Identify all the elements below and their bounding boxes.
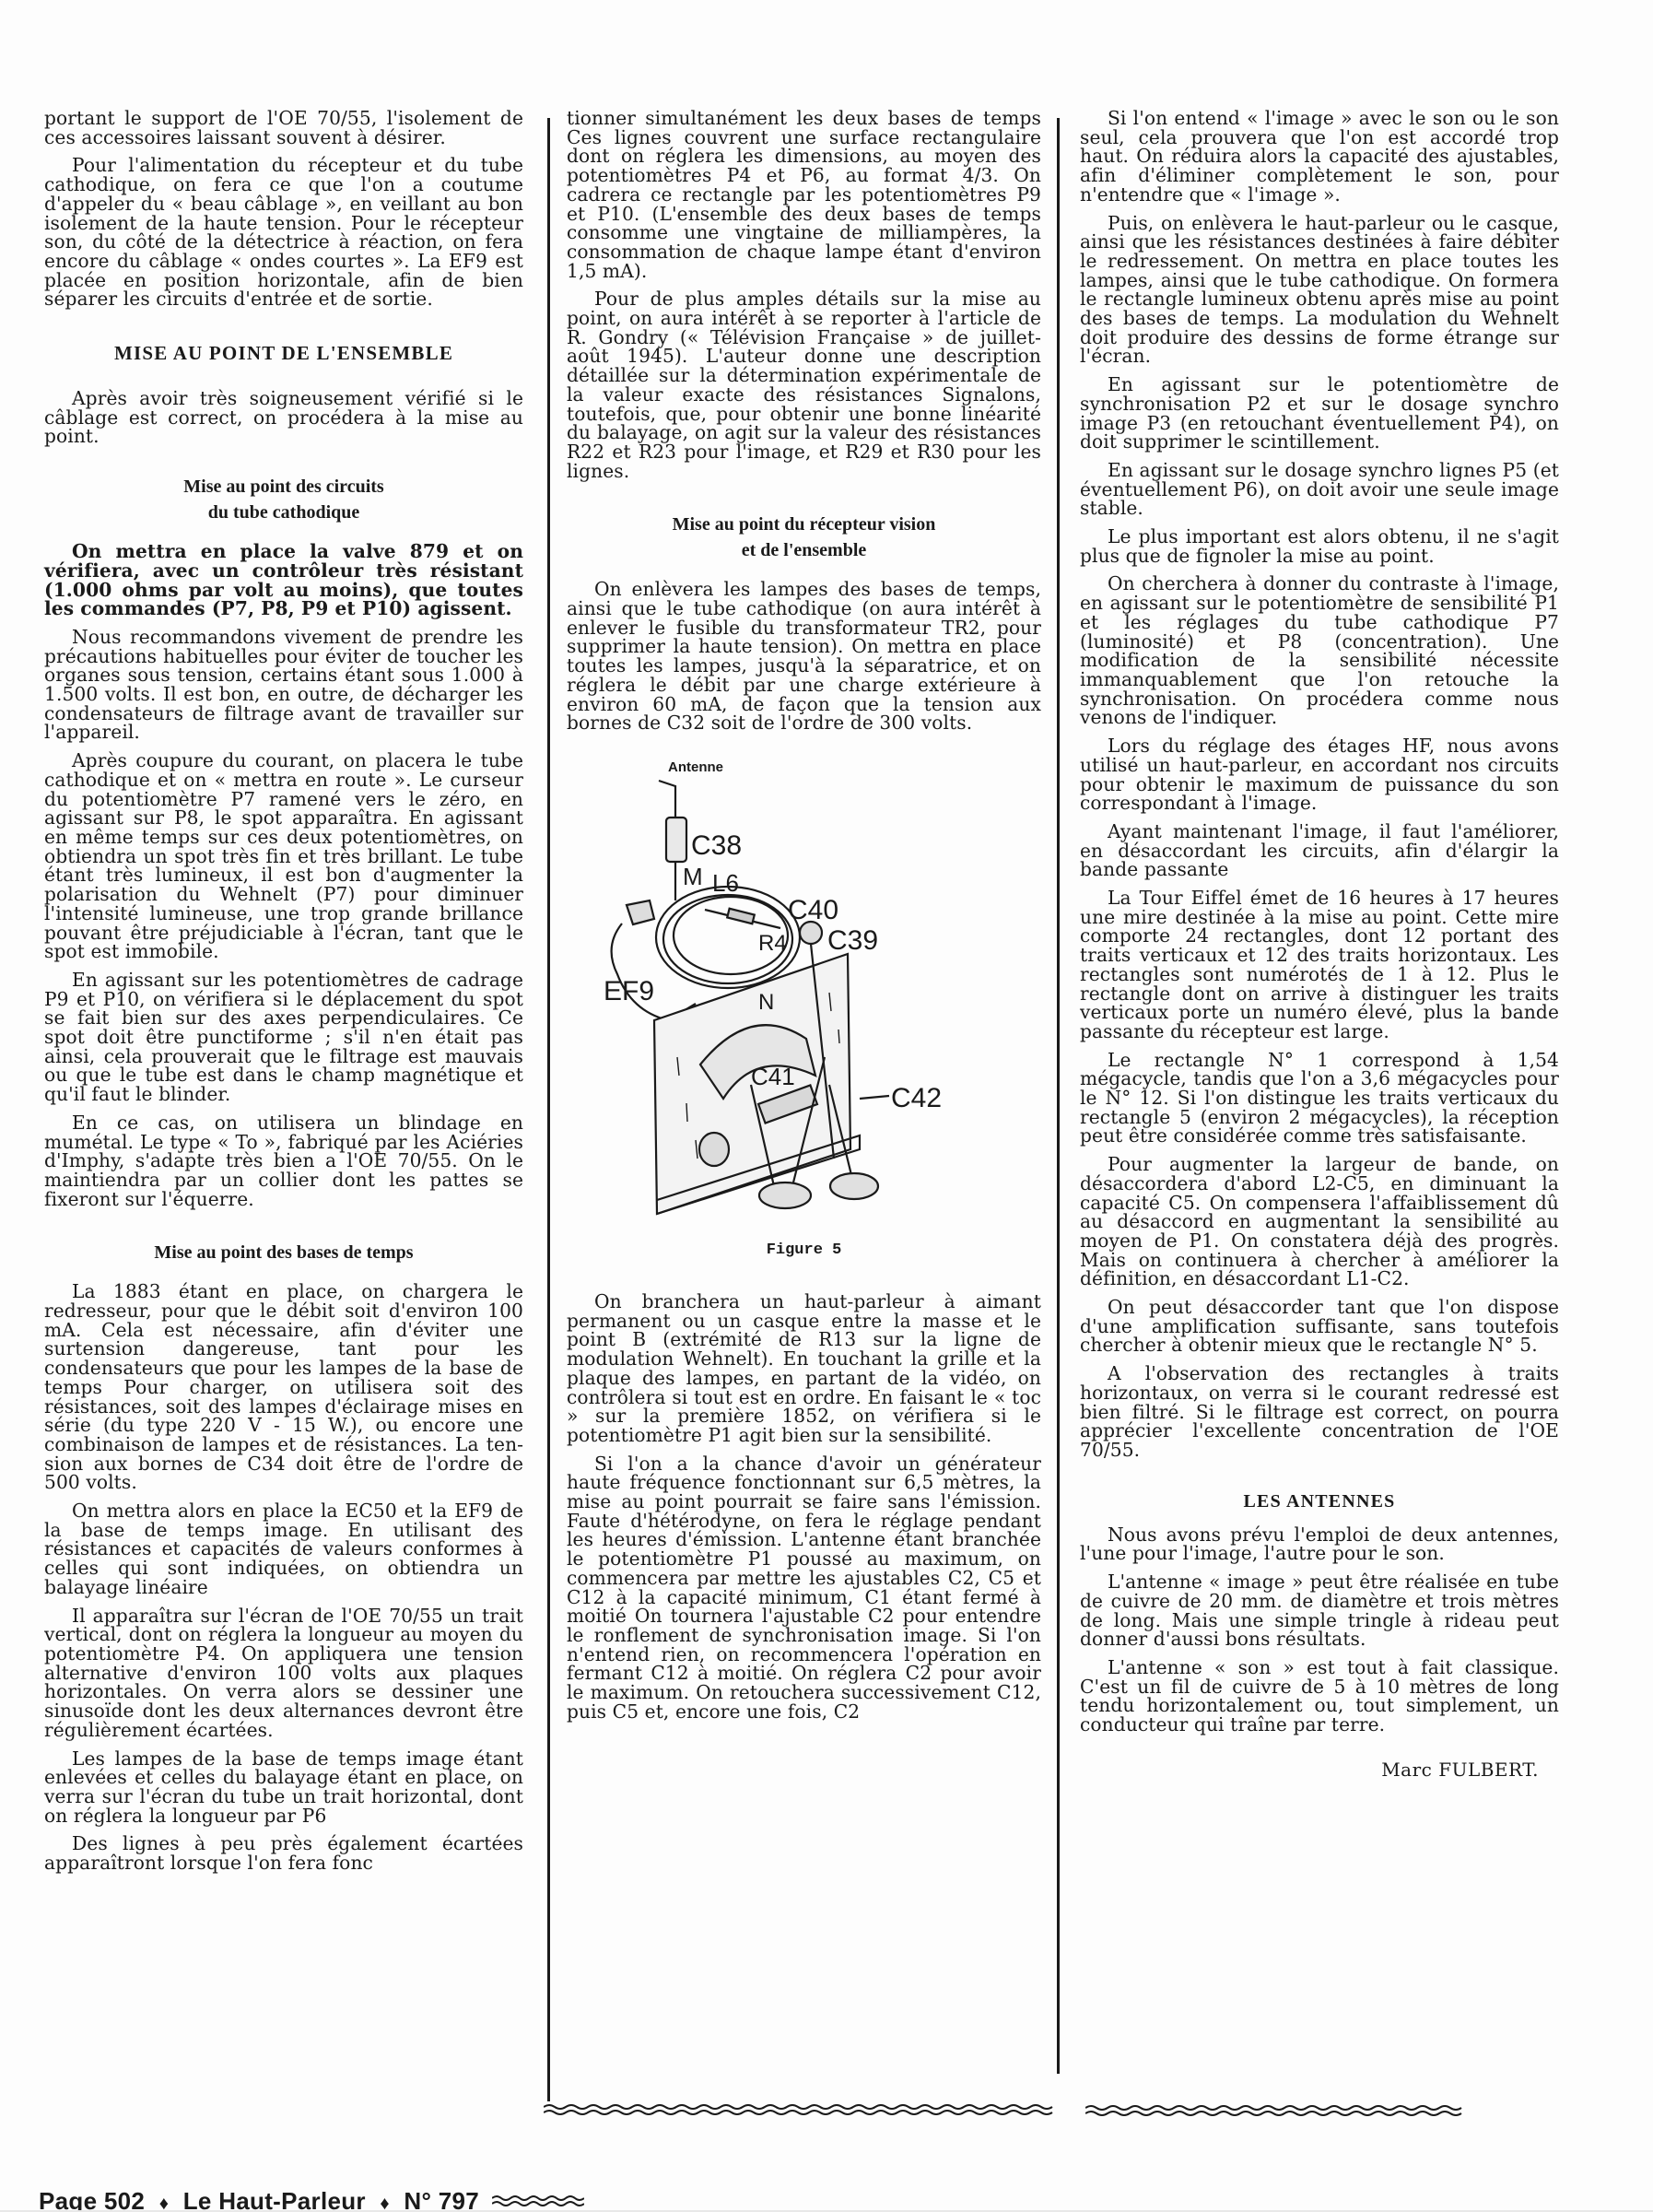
paragraph: En agissant sur le potentiomètre de sync… [1080, 375, 1559, 452]
figure-label-l6: L6 [712, 869, 739, 897]
paragraph: On mettra en place la valve 879 et on vé… [44, 542, 523, 618]
wavy-rule-middle [544, 2103, 1060, 2116]
subheading-line: du tube cathodique [208, 502, 360, 523]
paragraph: Si l'on entend « l'image » avec le son o… [1080, 109, 1559, 205]
footer-magazine-title: Le Haut-Parleur [183, 2187, 366, 2212]
figure-label-antenne: Antenne [668, 759, 723, 775]
subheading-line: Mise au point des circuits [183, 477, 383, 497]
paragraph: En ce cas, on utilisera un blindage en m… [44, 1113, 523, 1209]
paragraph: Pour augmenter la largeur de bande, on d… [1080, 1155, 1559, 1288]
figure-5-diagram: Antenne C38 M L6 C40 R4 C39 EF9 N C41 C4… [567, 753, 1041, 1265]
paragraph: On branchera un haut-parleur à ai­mant p… [567, 1292, 1041, 1445]
paragraph: La 1883 étant en place, on chargera le r… [44, 1282, 523, 1492]
page-footer: Page 502 ♦ Le Haut-Parleur ♦ N° 797 [39, 2184, 1329, 2212]
column-divider-right [1057, 118, 1060, 2074]
paragraph: Après coupure du courant, on placera le … [44, 751, 523, 961]
subheading-line: Mise au point du récepteur vision [673, 514, 936, 535]
figure-label-c39: C39 [827, 925, 878, 956]
circuit-assembly-illustration: Antenne C38 M L6 C40 R4 C39 EF9 N C41 C4… [567, 753, 1041, 1241]
paragraph: A l'observation des rectangles à traits … [1080, 1364, 1559, 1460]
footer-issue-number: N° 797 [404, 2187, 479, 2212]
paragraph: Il apparaîtra sur l'écran de l'OE 70/55 … [44, 1606, 523, 1740]
wavy-rule-right [1085, 2104, 1463, 2117]
paragraph: Lors du réglage des étages HF, nous avon… [1080, 736, 1559, 813]
figure-label-m: M [683, 863, 703, 890]
paragraph: On mettra alors en place la EC50 et la E… [44, 1501, 523, 1597]
paragraph: Ayant maintenant l'image, il faut l'a­mé… [1080, 822, 1559, 879]
column-divider-left [547, 118, 550, 2101]
paragraph: On enlèvera les lampes des bases de temp… [567, 580, 1041, 733]
paragraph: Puis, on enlèvera le haut-parleur ou le … [1080, 214, 1559, 367]
paragraph: Si l'on a la chance d'avoir un généra­te… [567, 1454, 1041, 1722]
diamond-separator-icon: ♦ [159, 2194, 170, 2212]
figure-label-c40: C40 [788, 895, 838, 925]
figure-label-r4: R4 [758, 931, 787, 956]
footer-page-number: Page 502 [39, 2187, 145, 2212]
subheading-bases-de-temps: Mise au point des bases de temps [44, 1240, 523, 1265]
figure-label-c42: C42 [891, 1083, 942, 1113]
paragraph: On cherchera à donner du contraste à l'i… [1080, 574, 1559, 727]
paragraph: Les lampes de la base de temps image éta… [44, 1749, 523, 1826]
paragraph: portant le support de l'OE 70/55, l'iso­… [44, 109, 523, 147]
paragraph: Pour de plus amples détails sur la mise … [567, 289, 1041, 480]
paragraph: L'antenne « image » peut être réalisée e… [1080, 1572, 1559, 1649]
paragraph: Nous recommandons vivement de prendre le… [44, 628, 523, 742]
paragraph: Des lignes à peu près également écar­tée… [44, 1834, 523, 1872]
figure-label-c38: C38 [691, 830, 742, 861]
paragraph: tionner simultanément les deux bases de … [567, 109, 1041, 280]
paragraph: En agissant sur le dosage synchro lignes… [1080, 461, 1559, 518]
paragraph: Nous avons prévu l'emploi de deux an­ten… [1080, 1525, 1559, 1563]
paragraph: Après avoir très soigneusement vérifié s… [44, 389, 523, 446]
paragraph: On peut désaccorder tant que l'on dis­po… [1080, 1298, 1559, 1355]
left-column: portant le support de l'OE 70/55, l'iso­… [44, 109, 523, 1882]
footer-text: Page 502 ♦ Le Haut-Parleur ♦ N° 797 [39, 2187, 479, 2212]
middle-column: tionner simultanément les deux bases de … [567, 109, 1041, 1730]
paragraph: Le rectangle N° 1 correspond à 1,54 méga… [1080, 1051, 1559, 1147]
figure-label-ef9: EF9 [604, 976, 654, 1006]
paragraph: L'antenne « son » est tout à fait clas­s… [1080, 1658, 1559, 1735]
subheading-circuits-tube: Mise au point des circuits du tube catho… [44, 474, 523, 525]
paragraph: Le plus important est alors obtenu, il n… [1080, 527, 1559, 565]
figure-label-n: N [758, 990, 774, 1015]
section-title-les-antennes: LES ANTENNES [1080, 1491, 1559, 1512]
section-title-mise-au-point-ensemble: MISE AU POINT DE L'ENSEMBLE [44, 342, 523, 365]
wavy-rule-footer [492, 2194, 584, 2208]
paragraph: En agissant sur les potentiomètres de ca… [44, 971, 523, 1104]
paragraph: La Tour Eiffel émet de 16 heures à 17 he… [1080, 888, 1559, 1041]
subheading-recepteur-vision: Mise au point du récepteur vision et de … [567, 512, 1041, 563]
diamond-separator-icon: ♦ [380, 2194, 390, 2212]
figure-label-c41: C41 [751, 1063, 795, 1090]
right-column: Si l'on entend « l'image » avec le son o… [1080, 109, 1559, 1781]
subheading-line: et de l'ensemble [742, 540, 867, 560]
figure-caption: Figure 5 [567, 1241, 1041, 1259]
author-signature: Marc FULBERT. [1080, 1759, 1539, 1781]
paragraph: Pour l'alimentation du récepteur et du t… [44, 156, 523, 309]
